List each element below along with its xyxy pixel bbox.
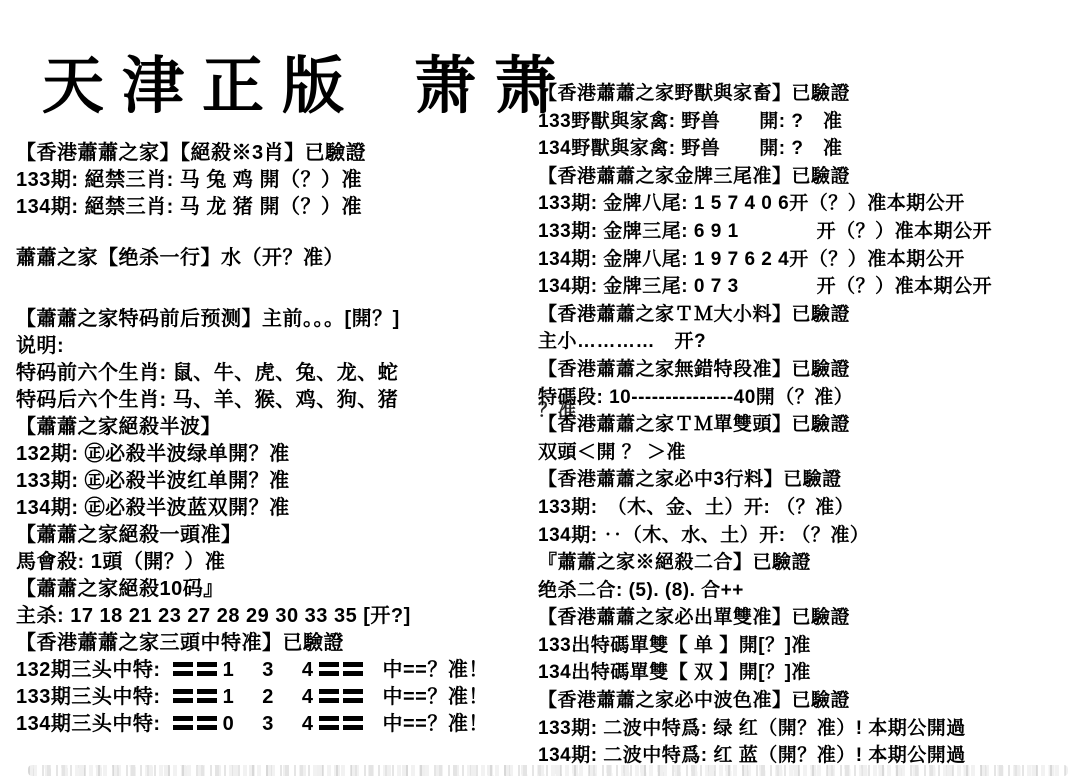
- santou-num: 1: [223, 686, 235, 708]
- section-beast-header: 【香港蕭蕭之家野獸與家畜】已驗證: [538, 80, 1080, 108]
- santou-num: 3: [262, 711, 274, 738]
- line-shuoming: 说明:: [16, 333, 531, 360]
- line-gold-133-3wei: 133期: 金牌三尾: 6 9 1 开（？）准本期公开: [538, 218, 1080, 246]
- santou-result: 中==？准！: [382, 659, 488, 681]
- santou-result: 中==？准！: [382, 713, 488, 735]
- sheet-title-part1: 天津正版: [42, 40, 362, 132]
- line-erhe: 绝杀二合: (5). (8). 合++: [538, 577, 1080, 605]
- line-danshuang-133: 133出特碼單雙【 单 】開[？]准: [538, 632, 1080, 660]
- line-3xiao-133: 133期: 絕禁三肖: 马 兔 鸡 開（？）准: [16, 167, 531, 194]
- santou-num: 0: [223, 713, 235, 735]
- santou-row: 133期三头中特: 124中==？准！: [16, 684, 531, 711]
- santou-num: 4: [302, 711, 314, 738]
- censored-blocks-icon: [173, 716, 221, 730]
- section-hangliao-header: 【香港蕭蕭之家必中3行料】已驗證: [538, 466, 1080, 494]
- line-teduan: 特碼段: 10---------------40開（？准） ？准: [538, 384, 1080, 412]
- line-hangliao-134: 134期: ‥（木、水、土）开: （？准）: [538, 522, 1080, 550]
- section-yitou-header: 【蕭蕭之家絕殺一頭准】: [16, 522, 531, 549]
- santou-num: 4: [302, 684, 314, 711]
- santou-row: 134期三头中特: 034中==？准！: [16, 711, 531, 738]
- section-tm-size-header: 【香港蕭蕭之家ＴＭ大小料】已驗證: [538, 301, 1080, 329]
- santou-num: 1: [223, 659, 235, 681]
- right-column: 【香港蕭蕭之家野獸與家畜】已驗證 133野獸與家禽: 野兽 開: ? 准 134…: [538, 80, 1080, 770]
- section-sha10-header: 【蕭蕭之家絕殺10码』: [16, 576, 531, 603]
- line-hou6-shengxiao: 特码后六个生肖: 马、羊、猴、鸡、狗、猪: [16, 387, 531, 414]
- santou-row-label: 134期三头中特:: [16, 713, 167, 735]
- line-teduan-text: 特碼段: 10---------------40開（？准）: [538, 387, 853, 408]
- censored-blocks-icon: [319, 716, 367, 730]
- scan-noise-band: [28, 765, 1068, 776]
- line-tm-size: 主小………… 开?: [538, 328, 1080, 356]
- santou-row-label: 132期三头中特:: [16, 659, 167, 681]
- santou-num: 4: [302, 657, 314, 684]
- line-mahuisha: 馬會殺: 1頭（開？）准: [16, 549, 531, 576]
- section-teduan-header: 【香港蕭蕭之家無錯特段准】已驗證: [538, 356, 1080, 384]
- section-santou-header: 【香港蕭蕭之家三頭中特准】已驗證: [16, 630, 531, 657]
- santou-row: 132期三头中特: 134中==？准！: [16, 657, 531, 684]
- section-tm-danshuang-header: 【香港蕭蕭之家ＴＭ單雙頭】已驗證: [538, 411, 1080, 439]
- section-banbo-header: 【蕭蕭之家絕殺半波】: [16, 414, 531, 441]
- section-gold-header: 【香港蕭蕭之家金牌三尾准】已驗證: [538, 163, 1080, 191]
- line-zhusha-numbers: 主杀: 17 18 21 23 27 28 29 30 33 35 [开?]: [16, 603, 531, 630]
- line-qian6-shengxiao: 特码前六个生肖: 鼠、牛、虎、兔、龙、蛇: [16, 360, 531, 387]
- censored-blocks-icon: [173, 689, 221, 703]
- section-yuce-header: 【蕭蕭之家特码前后预测】主前。。。[開？]: [16, 306, 531, 333]
- left-column: 【香港蕭蕭之家】【絕殺※3肖】已驗證 133期: 絕禁三肖: 马 兔 鸡 開（？…: [16, 140, 531, 738]
- santou-num: 3: [262, 657, 274, 684]
- sheet-title: 天津正版 萧萧: [42, 40, 574, 132]
- line-gold-133-8wei: 133期: 金牌八尾: 1 5 7 4 0 6开（？）准本期公开: [538, 190, 1080, 218]
- line-banbo-132: 132期: ㊣必殺半波绿单開？准: [16, 441, 531, 468]
- line-jueshayihang: 蕭蕭之家【绝杀一行】水（开？准）: [16, 245, 531, 272]
- line-danshuang-134: 134出特碼單雙【 双 】開[？]准: [538, 659, 1080, 687]
- scanned-lottery-sheet: { "title": { "part1": "天津正版", "part2": "…: [0, 0, 1080, 777]
- line-gold-134-8wei: 134期: 金牌八尾: 1 9 7 6 2 4开（？）准本期公开: [538, 246, 1080, 274]
- section-3xiao-header: 【香港蕭蕭之家】【絕殺※3肖】已驗證: [16, 140, 531, 167]
- line-gold-134-3wei: 134期: 金牌三尾: 0 7 3 开（？）准本期公开: [538, 273, 1080, 301]
- line-beast-134: 134野獸與家禽: 野兽 開: ? 准: [538, 135, 1080, 163]
- censored-blocks-icon: [319, 689, 367, 703]
- line-hangliao-133: 133期: （木、金、土）开: （？准）: [538, 494, 1080, 522]
- censored-blocks-icon: [319, 662, 367, 676]
- line-teduan-ghost-overprint: ？准: [538, 397, 577, 425]
- santou-result: 中==？准！: [382, 686, 488, 708]
- line-beast-133: 133野獸與家禽: 野兽 開: ? 准: [538, 108, 1080, 136]
- line-shuangtou: 双頭＜開 ？ ＞准: [538, 439, 1080, 467]
- santou-row-label: 133期三头中特:: [16, 686, 167, 708]
- section-bose-header: 【香港蕭蕭之家必中波色准】已驗證: [538, 687, 1080, 715]
- section-erhe-header: 『蕭蕭之家※絕殺二合】已驗證: [538, 549, 1080, 577]
- line-bose-133: 133期: 二波中特爲: 绿 红（開？准）! 本期公開過: [538, 715, 1080, 743]
- line-3xiao-134: 134期: 絕禁三肖: 马 龙 猪 開（？）准: [16, 194, 531, 221]
- line-banbo-133: 133期: ㊣必殺半波红单開？准: [16, 468, 531, 495]
- santou-num: 2: [262, 684, 274, 711]
- line-banbo-134: 134期: ㊣必殺半波蓝双開？准: [16, 495, 531, 522]
- censored-blocks-icon: [173, 662, 221, 676]
- section-danshuang-header: 【香港蕭蕭之家必出單雙准】已驗證: [538, 604, 1080, 632]
